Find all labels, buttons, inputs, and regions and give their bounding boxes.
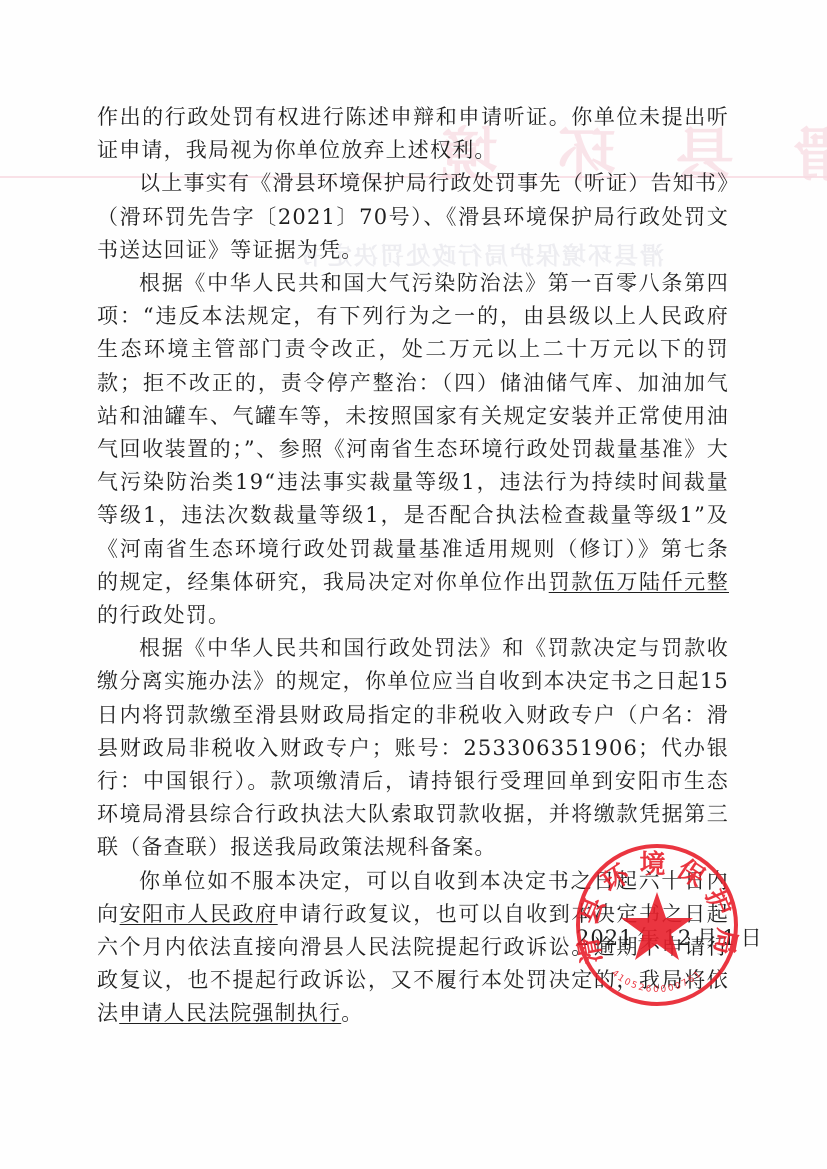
paragraph-text: 以上事实有《滑县环境保护局行政处罚事先（听证）告知书》（滑环罚先告字〔2021〕…	[97, 171, 729, 261]
paragraph-text: 根据《中华人民共和国大气污染防治法》第一百零八条第四项：“违反本法规定，有下列行…	[97, 271, 729, 594]
underlined-text: 申请人民法院强制执行	[119, 1001, 341, 1025]
paragraph: 作出的行政处罚有权进行陈述申辩和申请听证。你单位未提出听证申请，我局视为你单位放…	[97, 101, 729, 167]
date-day-unit: 日	[741, 926, 763, 950]
svg-text:4105260000761: 4105260000761	[609, 969, 704, 996]
paragraph-text: 根据《中华人民共和国行政处罚法》和《罚款决定与罚款收缴分离实施办法》的规定，你单…	[97, 636, 729, 859]
paragraph: 根据《中华人民共和国行政处罚法》和《罚款决定与罚款收缴分离实施办法》的规定，你单…	[97, 632, 729, 864]
underlined-text: 罚款伍万陆仟元整	[549, 570, 729, 594]
paragraph-text: 作出的行政处罚有权进行陈述申辩和申请听证。你单位未提出听证申请，我局视为你单位放…	[97, 105, 729, 162]
underlined-text: 安阳市人民政府	[120, 902, 278, 926]
official-seal-icon: 滑县环境保护局 4105260000761	[572, 840, 742, 1010]
paragraph-text: 。	[341, 1001, 363, 1025]
paragraph: 根据《中华人民共和国大气污染防治法》第一百零八条第四项：“违反本法规定，有下列行…	[97, 267, 729, 632]
paragraph-text: 的行政处罚。	[97, 603, 230, 627]
paragraph: 以上事实有《滑县环境保护局行政处罚事先（听证）告知书》（滑环罚先告字〔2021〕…	[97, 167, 729, 267]
seal-code: 4105260000761	[609, 969, 704, 996]
